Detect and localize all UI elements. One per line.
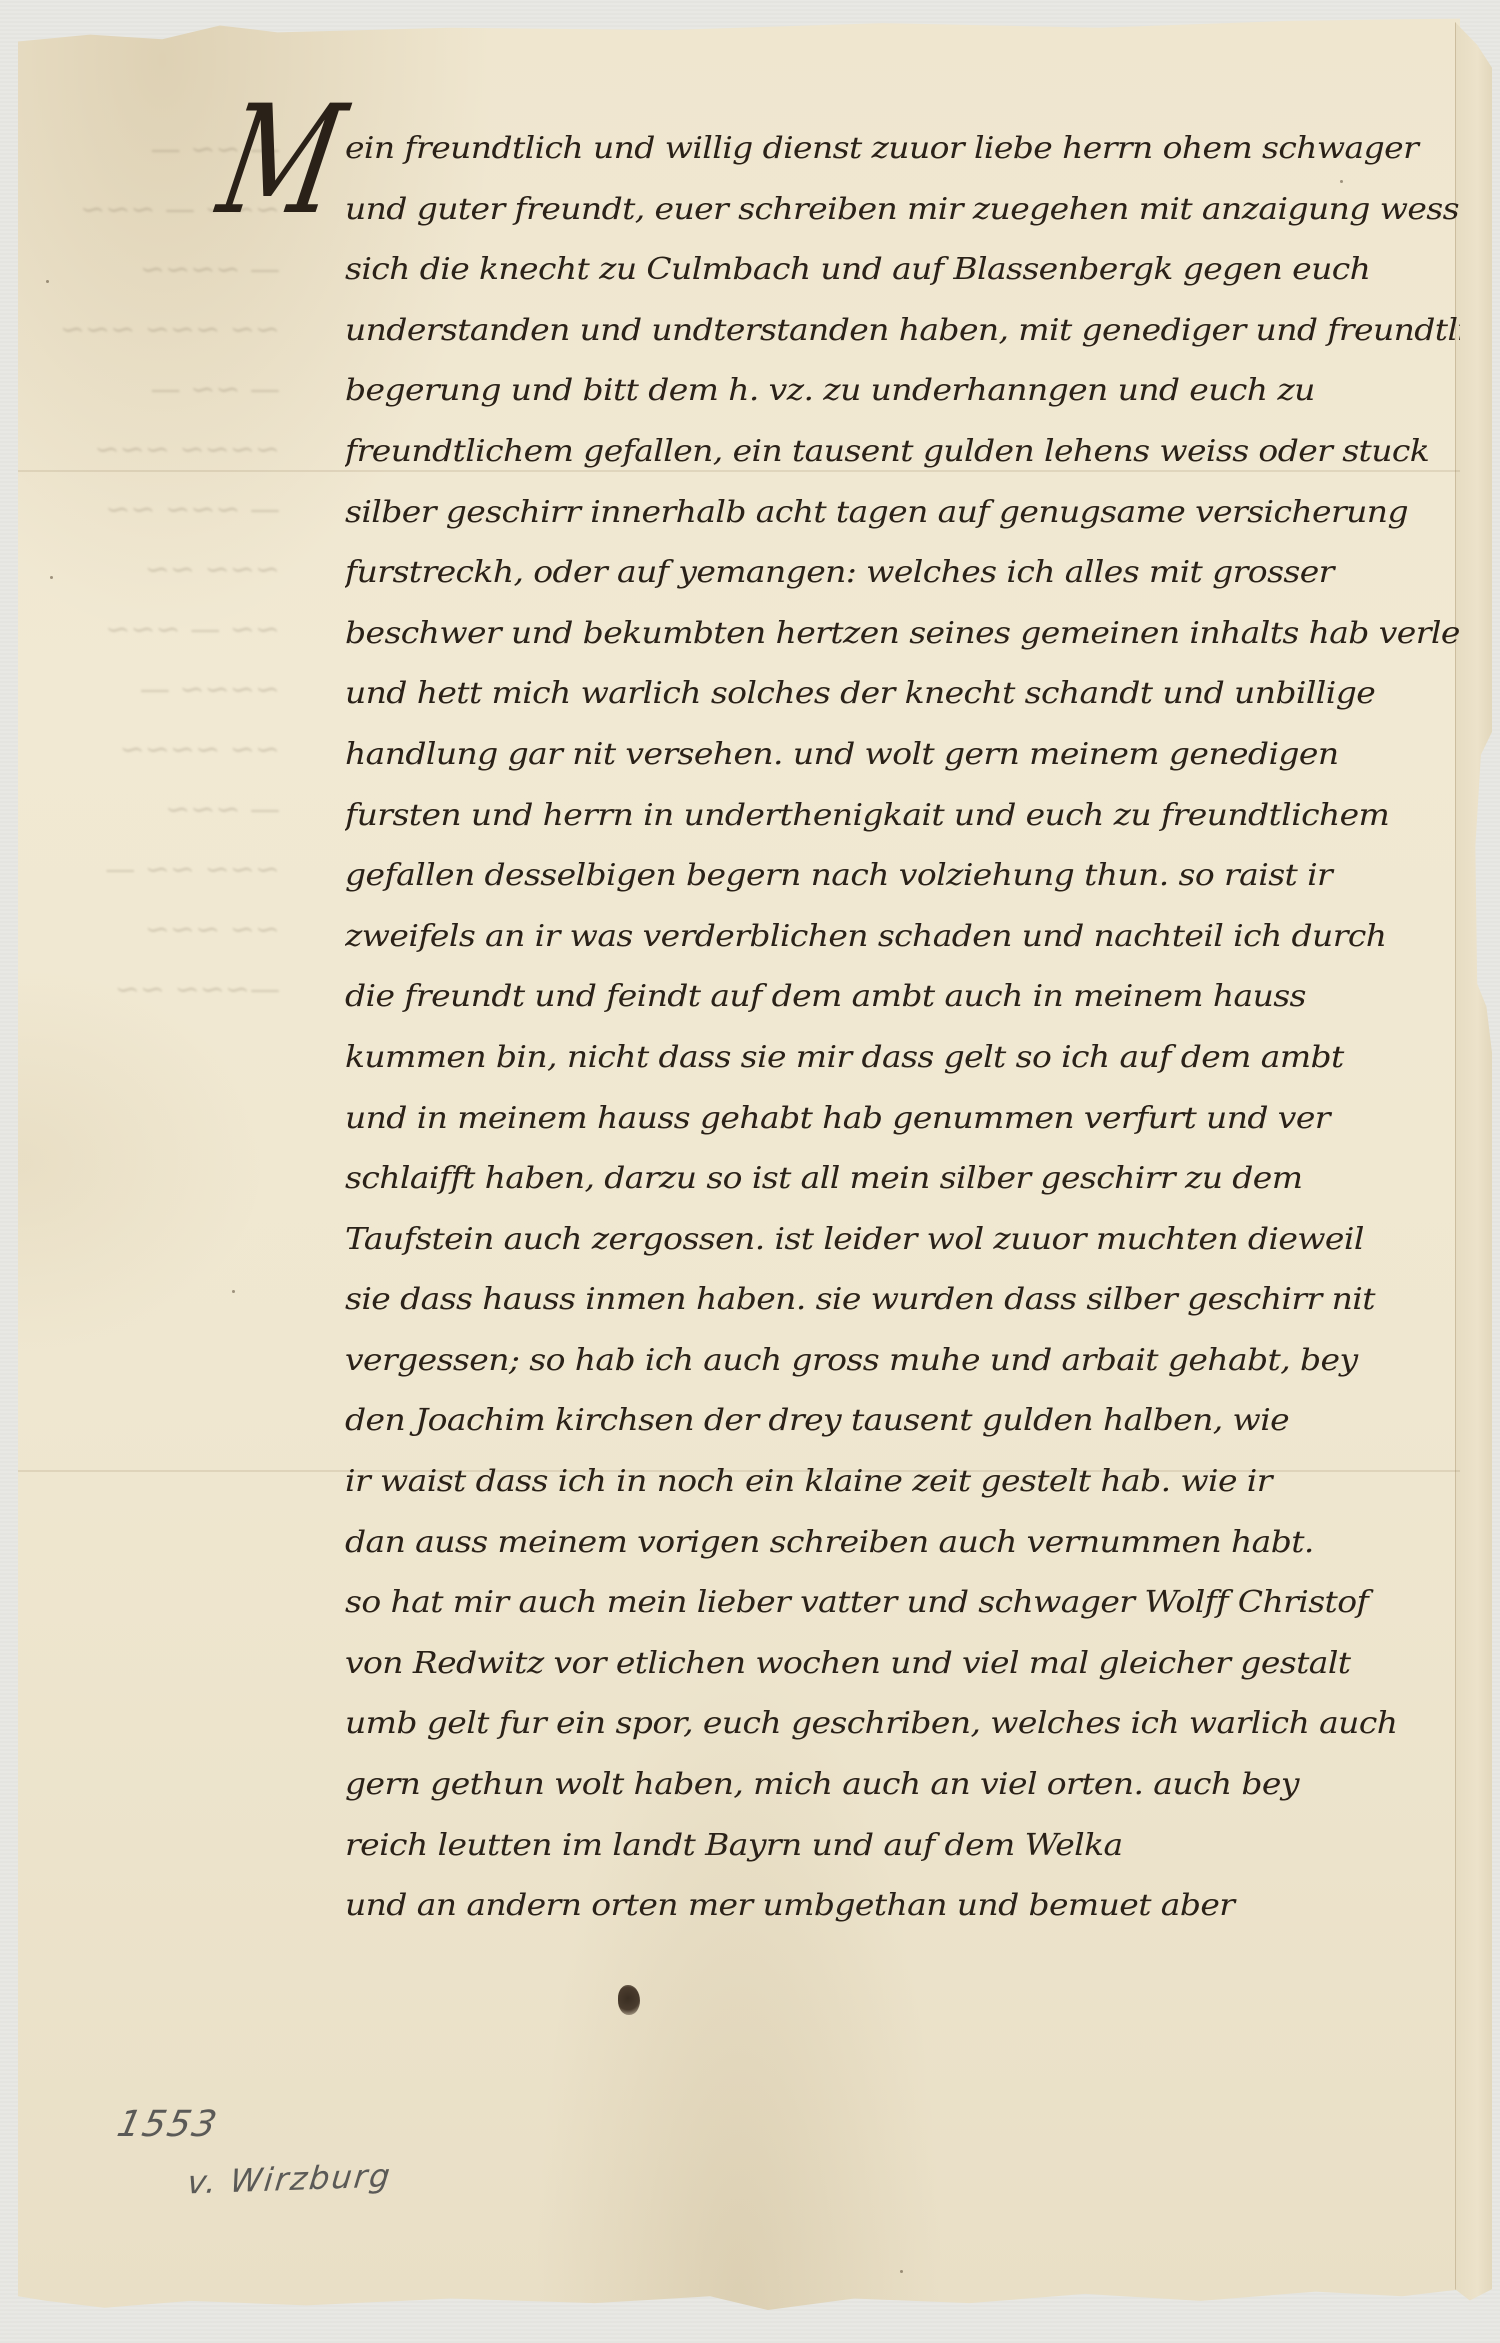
- ink-blot: [618, 1985, 640, 2015]
- text-line: ir waist dass ich in noch ein klaine zei…: [345, 1453, 1460, 1509]
- bleed-line: — ~~~: [40, 780, 280, 840]
- text-line: zweifels an ir was verderblichen schaden…: [345, 908, 1460, 964]
- text-line: von Redwitz vor etlichen wochen und viel…: [345, 1635, 1460, 1691]
- bleed-line: ~~~~ —: [40, 660, 280, 720]
- bleed-through-text: — ~~ — ~~~ — ~~~ — ~~~~ ~~ ~~~ ~~~ — ~~ …: [40, 120, 280, 1020]
- bleed-line: —~~~ ~~: [40, 960, 280, 1020]
- text-line: schlaifft haben, darzu so ist all mein s…: [345, 1151, 1460, 1207]
- text-line: und hett mich warlich solches der knecht…: [345, 666, 1460, 722]
- text-line: understanden und undterstanden haben, mi…: [345, 302, 1460, 358]
- text-line: umb gelt fur ein spor, euch geschriben, …: [345, 1696, 1460, 1752]
- bleed-line: ~~~~ ~~~: [40, 420, 280, 480]
- paper-speck: [1340, 180, 1343, 183]
- text-line: fursten und herrn in underthenigkait und…: [345, 787, 1460, 843]
- bleed-line: ~~~ ~~: [40, 540, 280, 600]
- bleed-line: ~~ — ~~~: [40, 600, 280, 660]
- text-line: sie dass hauss inmen haben. sie wurden d…: [345, 1272, 1460, 1328]
- text-line: und an andern orten mer umbgethan und be…: [345, 1878, 1460, 1934]
- paper-speck: [232, 1290, 235, 1293]
- text-line: vergessen; so hab ich auch gross muhe un…: [345, 1332, 1460, 1388]
- text-line: ein freundtlich und willig dienst zuuor …: [345, 120, 1460, 176]
- bleed-line: — ~~~ ~~: [40, 480, 280, 540]
- paper-speck: [46, 280, 49, 283]
- text-line: den Joachim kirchsen der drey tausent gu…: [345, 1393, 1460, 1449]
- text-line: so hat mir auch mein lieber vatter und s…: [345, 1575, 1460, 1631]
- text-line: furstreckh, oder auf yemangen: welches i…: [345, 545, 1460, 601]
- text-line: die freundt und feindt auf dem ambt auch…: [345, 969, 1460, 1025]
- text-line: silber geschirr innerhalb acht tagen auf…: [345, 484, 1460, 540]
- text-line: gefallen desselbigen begern nach volzieh…: [345, 848, 1460, 904]
- paper-speck: [900, 2270, 903, 2273]
- text-line: und in meinem hauss gehabt hab genummen …: [345, 1090, 1460, 1146]
- text-line: reich leutten im landt Bayrn und auf dem…: [345, 1817, 1460, 1873]
- text-line: dan auss meinem vorigen schreiben auch v…: [345, 1514, 1460, 1570]
- text-line: Taufstein auch zergossen. ist leider wol…: [345, 1211, 1460, 1267]
- text-line: freundtlichem gefallen, ein tausent guld…: [345, 423, 1460, 479]
- bleed-line: — ~~~~: [40, 240, 280, 300]
- text-line: sich die knecht zu Culmbach und auf Blas…: [345, 242, 1460, 298]
- letter-body: ein freundtlich und willig dienst zuuor …: [345, 118, 1460, 1936]
- bleed-line: ~~ ~~~: [40, 900, 280, 960]
- bleed-line: ~~ ~~~~: [40, 720, 280, 780]
- bleed-line: ~~~ ~~ —: [40, 840, 280, 900]
- text-line: handlung gar nit versehen. und wolt gern…: [345, 726, 1460, 782]
- text-line: begerung und bitt dem h. vz. zu underhan…: [345, 363, 1460, 419]
- bleed-line: ~~ ~~~ ~~~: [40, 300, 280, 360]
- text-line: und guter freundt, euer schreiben mir zu…: [345, 181, 1460, 237]
- text-line: beschwer und bekumbten hertzen seines ge…: [345, 605, 1460, 661]
- archival-year-note: 1553: [114, 2104, 222, 2145]
- text-line: kummen bin, nicht dass sie mir dass gelt…: [345, 1029, 1460, 1085]
- paper-edge-strip: [1455, 22, 1492, 2312]
- archival-place-note: v. Wirzburg: [186, 2156, 394, 2201]
- paper-speck: [50, 576, 53, 579]
- text-line: gern gethun wolt haben, mich auch an vie…: [345, 1756, 1460, 1812]
- bleed-line: — ~~ —: [40, 360, 280, 420]
